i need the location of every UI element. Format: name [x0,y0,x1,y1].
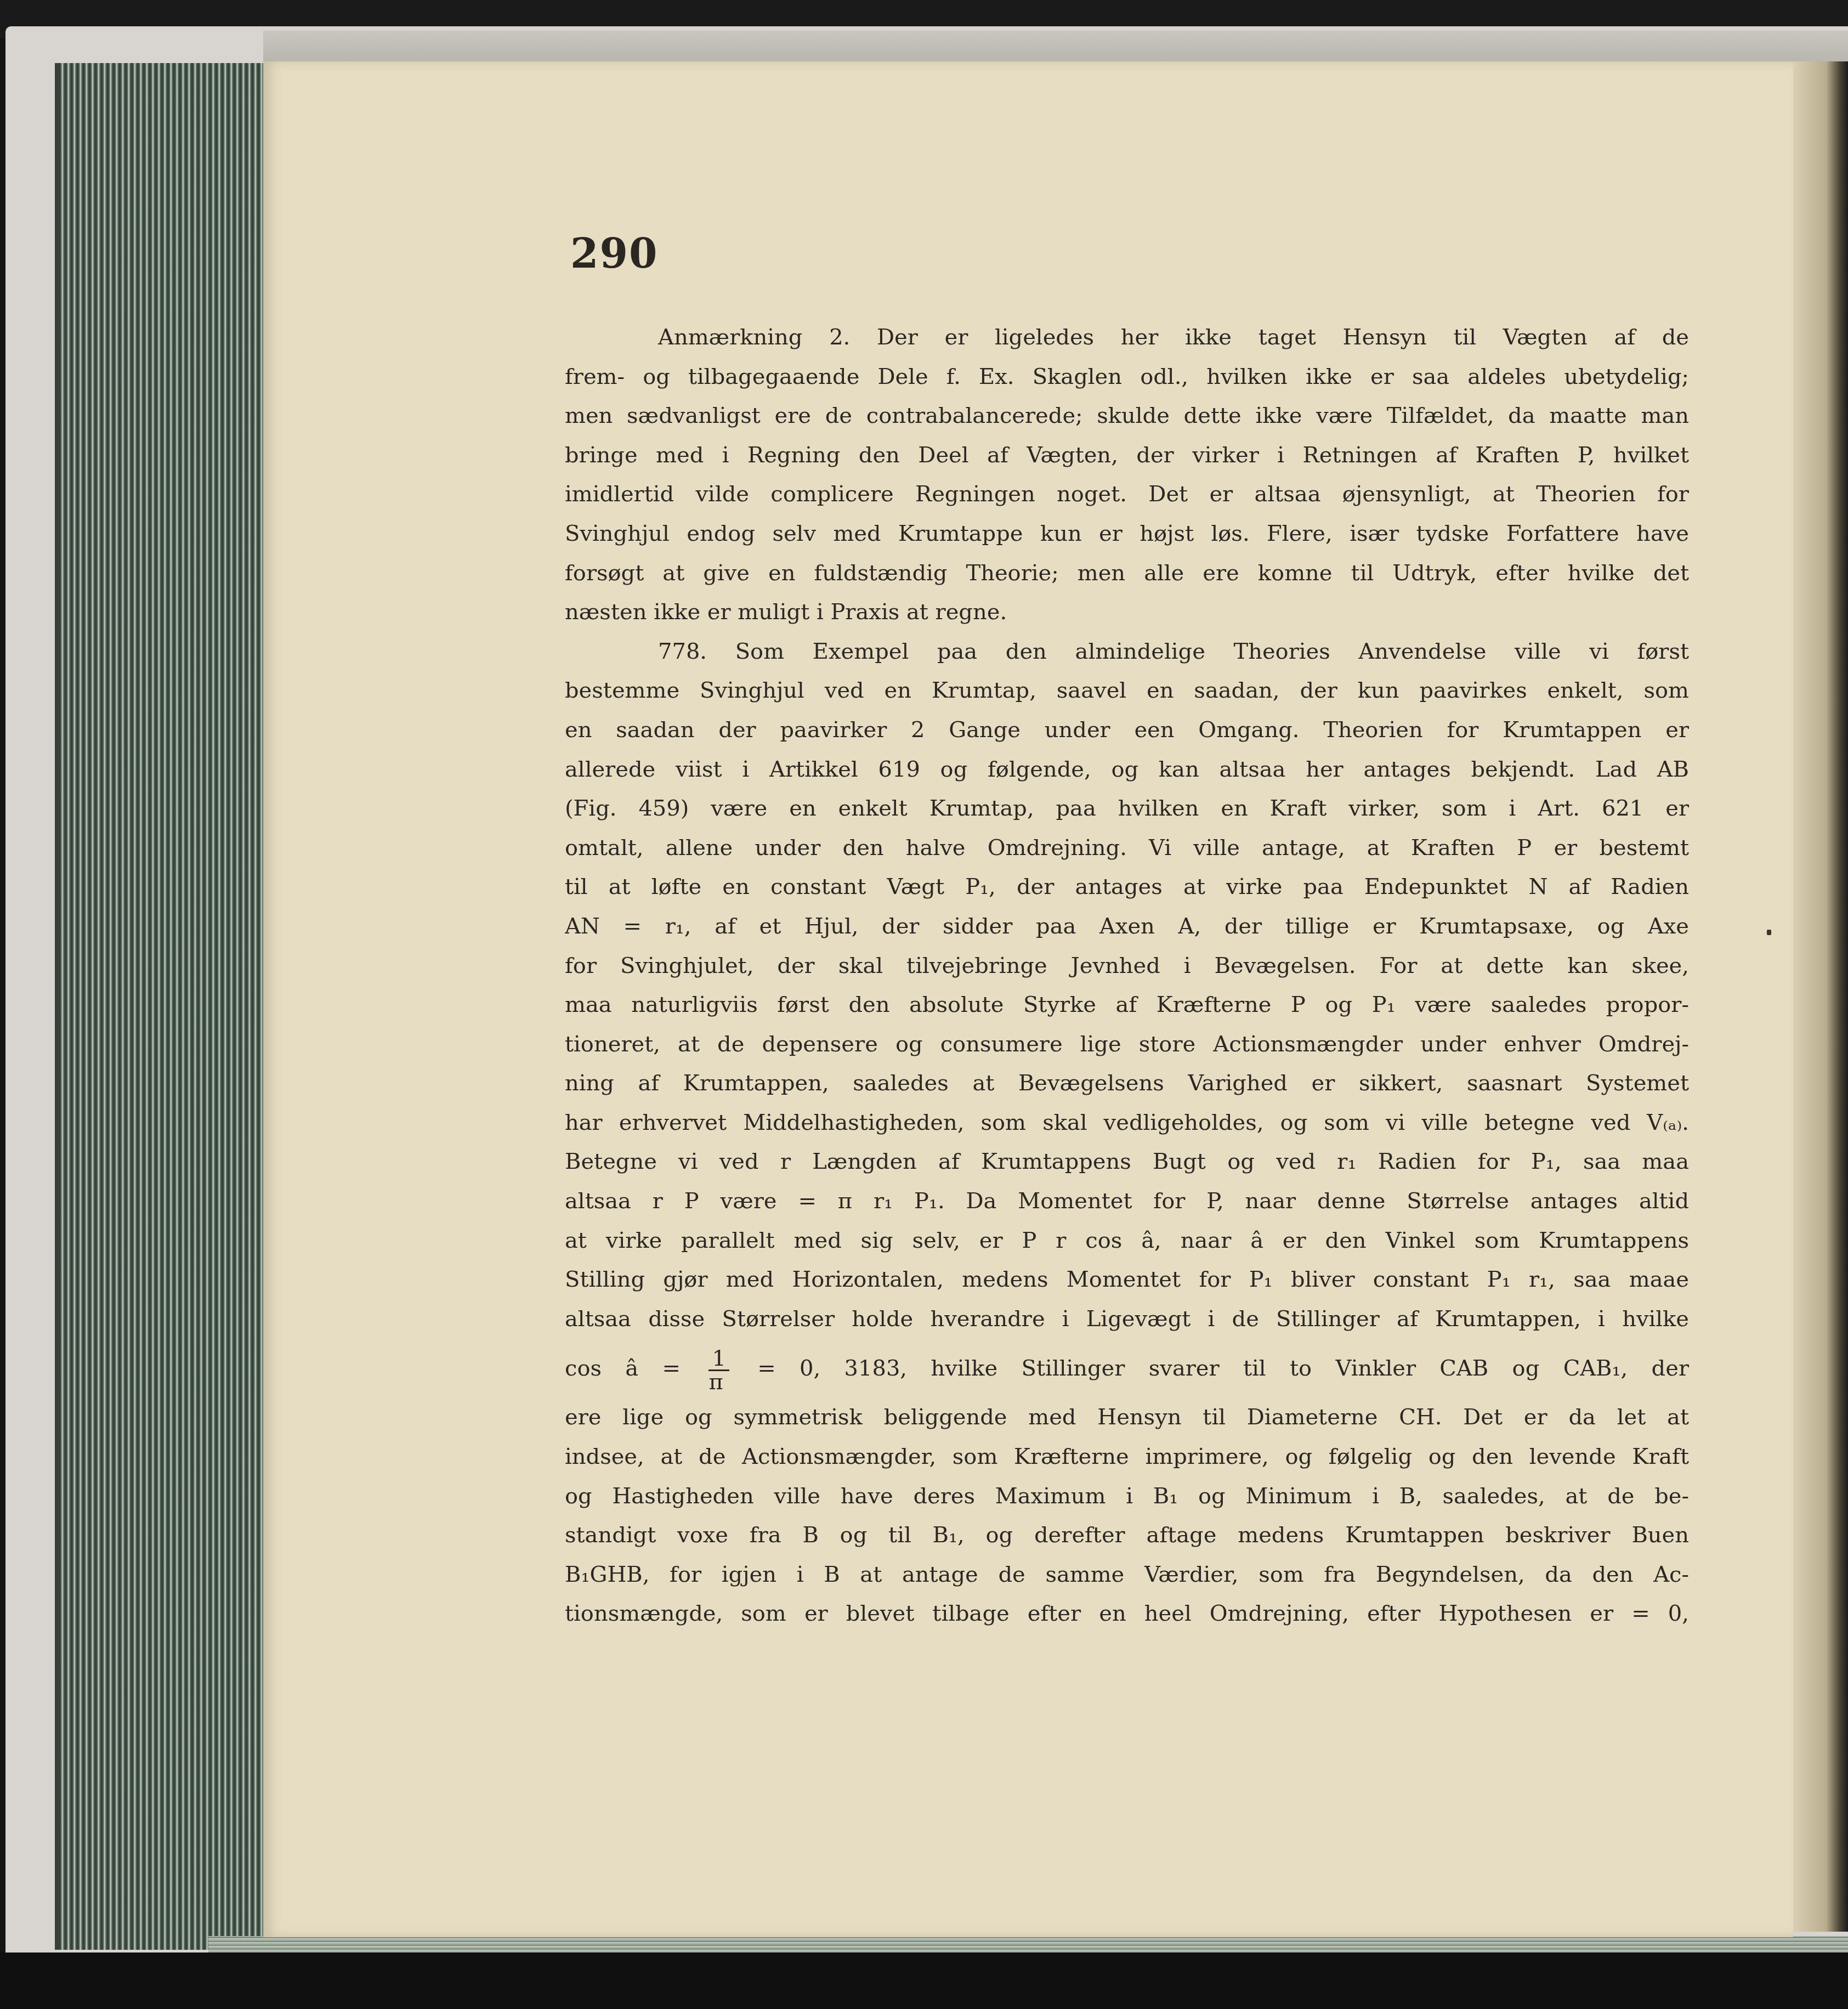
text-line: Anmærkning 2. Der er ligeledes her ikke … [565,318,1689,358]
fraction-denominator: π [708,1371,729,1393]
text-line: frem- og tilbagegaaende Dele f. Ex. Skag… [565,358,1689,397]
fraction-one-over-pi: 1 π [708,1348,729,1393]
text-line: og Hastigheden ville have deres Maximum … [565,1477,1689,1516]
text-line: Svinghjul endog selv med Krumtappe kun e… [565,514,1689,554]
text-line: standigt voxe fra B og til B₁, og dereft… [565,1516,1689,1555]
text-line: altsaa r P være = π r₁ P₁. Da Momentet f… [565,1182,1689,1221]
page-number: 290 [570,230,658,278]
text-line: Betegne vi ved r Længden af Krumtappens … [565,1142,1689,1182]
text-line: næsten ikke er muligt i Praxis at regne. [565,593,1689,632]
paragraph-778: 778. Som Exempel paa den almindelige The… [565,632,1689,1634]
text-line: 778. Som Exempel paa den almindelige The… [565,632,1689,672]
text-line: B₁GHB, for igjen i B at antage de samme … [565,1555,1689,1595]
page-right-edge [1793,61,1848,1932]
page-edges-stack [55,63,273,1950]
text-line: (Fig. 459) være en enkelt Krumtap, paa h… [565,789,1689,829]
text-line: tionsmængde, som er blevet tilbage efter… [565,1594,1689,1634]
page-edges-bottom [208,1936,1848,1953]
text-line: ere lige og symmetrisk beliggende med He… [565,1398,1689,1438]
fraction-numerator: 1 [708,1348,729,1371]
cover-top-edge [263,31,1848,61]
body-text: Anmærkning 2. Der er ligeledes her ikke … [565,318,1689,1634]
text-line: Stilling gjør med Horizontalen, medens M… [565,1260,1689,1300]
text-line: allerede viist i Artikkel 619 og følgend… [565,750,1689,790]
paragraph-anmaerkning: Anmærkning 2. Der er ligeledes her ikke … [565,318,1689,632]
formula-line: cos â = 1 π = 0, 3183, hvilke Stillinger… [565,1339,1689,1398]
text-line: en saadan der paavirker 2 Gange under ee… [565,711,1689,750]
backdrop-bottom [0,1953,1848,2009]
text-line: for Svinghjulet, der skal tilvejebringe … [565,947,1689,986]
text-line: ning af Krumtappen, saaledes at Bevægels… [565,1064,1689,1103]
text-line: bringe med i Regning den Deel af Vægten,… [565,436,1689,476]
text-line: bestemme Svinghjul ved en Krumtap, saave… [565,671,1689,711]
formula-rhs: = 0, 3183, hvilke Stillinger svarer til … [757,1356,1689,1381]
text-line: har erhvervet Middelhastigheden, som ska… [565,1103,1689,1143]
text-line: at virke parallelt med sig selv, er P r … [565,1221,1689,1261]
text-line: imidlertid vilde complicere Regningen no… [565,475,1689,514]
text-line: forsøgt at give en fuldstændig Theorie; … [565,554,1689,593]
text-line: indsee, at de Actionsmængder, som Kræfte… [565,1438,1689,1477]
margin-ink-mark [1767,930,1771,935]
text-line: men sædvanligst ere de contrabalancerede… [565,397,1689,436]
text-line: altsaa disse Størrelser holde hverandre … [565,1300,1689,1339]
text-line: maa naturligviis først den absolute Styr… [565,986,1689,1025]
text-line: omtalt, allene under den halve Omdrejnin… [565,829,1689,868]
text-line: AN = r₁, af et Hjul, der sidder paa Axen… [565,907,1689,947]
formula-lhs: cos â = [565,1356,681,1381]
text-line: til at løfte en constant Vægt P₁, der an… [565,868,1689,907]
text-line: tioneret, at de depensere og consumere l… [565,1025,1689,1065]
